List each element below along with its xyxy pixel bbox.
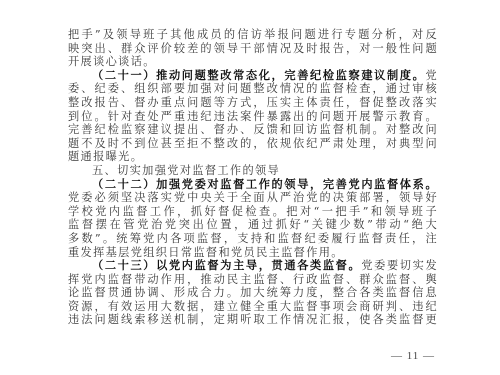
document-body: 把手”及领导班子其他成员的信访举报问题进行专题分析，对反 映突出、群众评价较差的… <box>68 28 438 327</box>
paragraph-line: 挥党内监督带动作用，推动民主监督、行政监督、群众监督、舆 <box>68 273 438 287</box>
paragraph-line: 党委必须坚决落实党中央关于全面从严治党的决策部署，领导好 <box>68 191 438 205</box>
section-heading-22: （二十二）加强党委对监督工作的领导，完善党内监督体系。 <box>68 178 438 192</box>
chapter-heading-5: 五、切实加强党对监督工作的领导 <box>68 164 438 178</box>
section-heading-23: （二十三）以党内监督为主导，贯通各类监督。党委要切实发 <box>68 259 438 273</box>
paragraph-line: 论监督贯通协调、形成合力。加大统筹力度，整合各类监督信息 <box>68 286 438 300</box>
paragraph-line: 把手”及领导班子其他成员的信访举报问题进行专题分析，对反 <box>68 28 438 42</box>
paragraph-line: 重发挥基层党组织日常监督和党员民主监督作用。 <box>68 246 438 260</box>
paragraph-line: 整改报告、督办重点问题等方式，压实主体责任，督促整改落实 <box>68 96 438 110</box>
paragraph-line: 完善纪检监察建议提出、督办、反馈和回访监督机制。对整改问 <box>68 123 438 137</box>
paragraph-line: 开展谈心谈话。 <box>68 55 438 69</box>
paragraph-line: 题不及时不到位甚至拒不整改的，依规依纪严肃处理，对典型问 <box>68 137 438 151</box>
paragraph-line: 违法问题线索移送机制，定期听取工作情况汇报，使各类监督更 <box>68 313 438 327</box>
paragraph-line: 多数”。统筹党内各项监督，支持和监督纪委履行监督责任，注 <box>68 232 438 246</box>
paragraph-line: 学校党内监督工作，抓好督促检查。把对“一把手”和领导班子 <box>68 205 438 219</box>
paragraph-line: 资源，有效运用大数据，建立健全重大监督事项会商研判、违纪 <box>68 300 438 314</box>
paragraph-line: 映突出、群众评价较差的领导干部情况及时报告，对一般性问题 <box>68 42 438 56</box>
paragraph-line: 题通报曝光。 <box>68 150 438 164</box>
paragraph-line: 委、纪委、组织部要加强对问题整改情况的监督检查，通过审核 <box>68 82 438 96</box>
paragraph-line: 到位。针对查处严重违纪违法案件暴露出的问题开展警示教育。 <box>68 110 438 124</box>
document-page: 把手”及领导班子其他成员的信访举报问题进行专题分析，对反 映突出、群众评价较差的… <box>0 0 500 375</box>
section-heading-21: （二十一）推动问题整改常态化，完善纪检监察建议制度。党 <box>68 69 438 83</box>
paragraph-line: 监督摆在管党治党突出位置，通过抓好“关键少数”带动“绝大 <box>68 218 438 232</box>
page-number: — 11 — <box>388 350 438 362</box>
